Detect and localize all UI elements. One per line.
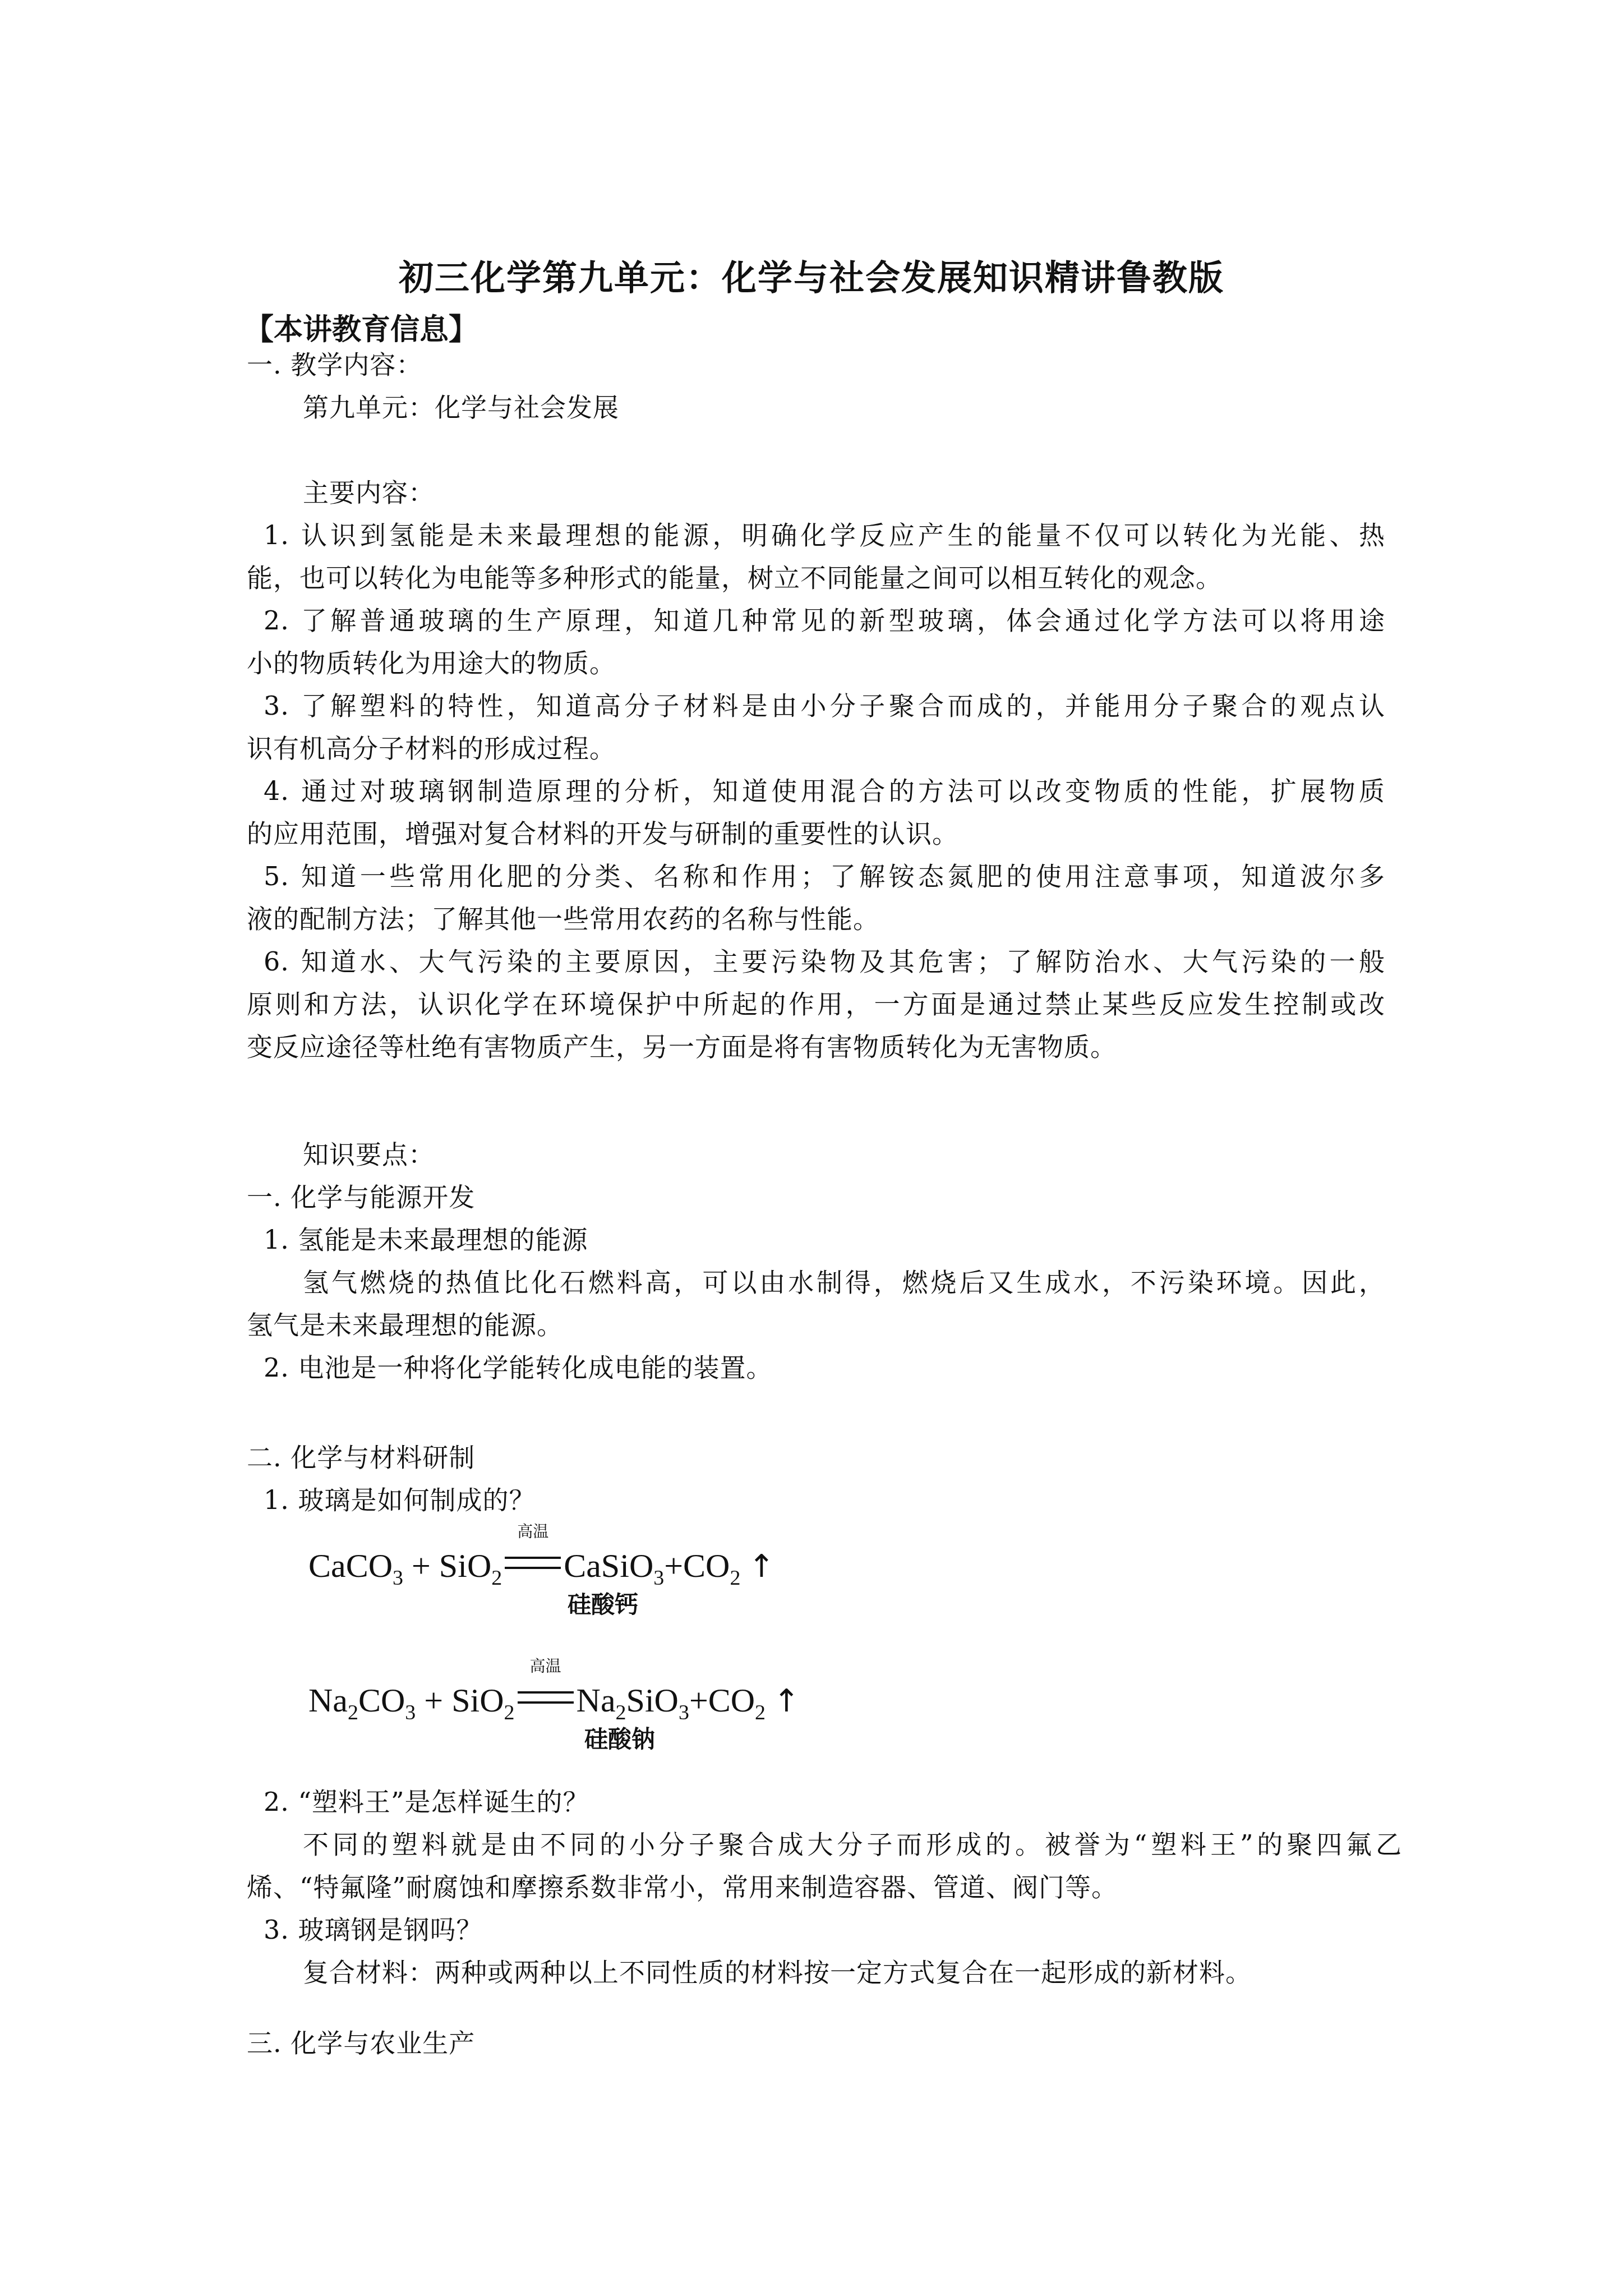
double-bar-icon [518,1691,574,1704]
main-item-4-line-1: 4. 通过对玻璃钢制造原理的分析，知道使用混合的方法可以改变物质的性能，扩展物质 [264,775,1385,807]
main-item-2-line-1: 2. 了解普通玻璃的生产原理，知道几种常见的新型玻璃，体会通过化学方法可以将用途 [264,605,1385,636]
info-heading: 【本讲教育信息】 [245,312,478,348]
main-item-1-line-1: 1. 认识到氢能是未来最理想的能源，明确化学反应产生的能量不仅可以转化为光能、热 [264,519,1385,551]
unit-name: 第九单元：化学与社会发展 [303,392,619,423]
eq2-reaction-sign: 高温 [515,1681,577,1720]
eq2-plus-2: + [689,1682,708,1719]
eq1-product-1-sub: 3 [653,1566,664,1590]
document-page: 初三化学第九单元：化学与社会发展知识精讲鲁教版 【本讲教育信息】 一. 教学内容… [0,0,1623,2296]
eq2-reactant-2: SiO [451,1682,504,1719]
eq1-plus-2: + [664,1547,683,1584]
main-item-1-line-2: 能，也可以转化为电能等多种形式的能量，树立不同能量之间可以相互转化的观念。 [247,562,1222,593]
eq2-condition: 高温 [515,1658,577,1675]
eq2-product-2: CO [708,1682,755,1719]
eq1-product-2-sub: 2 [730,1566,740,1590]
main-item-5-line-2: 液的配制方法；了解其他一些常用农药的名称与性能。 [247,903,879,935]
eq2-reactant-1a-sub: 2 [348,1701,358,1724]
eq1-reaction-sign: 高温 [502,1546,564,1585]
section-2-sub-2-text-line-2: 烯、“特氟隆”耐腐蚀和摩擦系数非常小，常用来制造容器、管道、阀门等。 [247,1871,1118,1903]
eq2-product-1a-sub: 2 [616,1701,626,1724]
equation-sodium-silicate: Na2CO3 + SiO2高温Na2SiO3+CO2↑ [308,1681,800,1732]
equation-calcium-silicate: CaCO3 + SiO2高温CaSiO3+CO2↑ [308,1546,774,1598]
double-bar-icon [505,1557,561,1569]
eq1-product-label: 硅酸钙 [568,1591,638,1619]
eq2-reactant-1: CO [358,1682,405,1719]
eq2-product-1a: Na [577,1682,616,1719]
section-1-sub-1-text-line-1: 氢气燃烧的热值比化石燃料高，可以由水制得，燃烧后又生成水，不污染环境。因此， [303,1267,1385,1298]
gas-up-arrow-icon: ↑ [773,1683,800,1719]
main-item-5-line-1: 5. 知道一些常用化肥的分类、名称和作用；了解铵态氮肥的使用注意事项，知道波尔多 [264,861,1385,892]
main-item-3-line-1: 3. 了解塑料的特性，知道高分子材料是由小分子聚合而成的，并能用分子聚合的观点认 [264,690,1385,721]
section-2-sub-2: 2. “塑料王”是怎样诞生的？ [264,1786,589,1818]
section-2-sub-2-text-line-1: 不同的塑料就是由不同的小分子聚合成大分子而形成的。被誉为“塑料王”的聚四氟乙 [303,1829,1402,1860]
section-2-sub-3-text: 复合材料：两种或两种以上不同性质的材料按一定方式复合在一起形成的新材料。 [303,1957,1252,1988]
eq1-reactant-1-sub: 3 [393,1566,403,1590]
eq2-product-label: 硅酸钠 [584,1726,655,1754]
eq2-reactant-2-sub: 2 [504,1701,515,1724]
eq1-product-2: CO [683,1547,730,1584]
eq2-product-1-sub: 3 [679,1701,689,1724]
gas-up-arrow-icon: ↑ [748,1548,774,1585]
eq1-plus-1: + [412,1547,431,1584]
eq2-product-2-sub: 2 [755,1701,766,1724]
section-1-heading: 一. 化学与能源开发 [247,1181,475,1213]
eq1-condition: 高温 [502,1524,564,1540]
key-points-heading: 知识要点： [303,1139,435,1170]
eq2-reactant-1-sub: 3 [405,1701,416,1724]
eq2-reactant-1a: Na [308,1682,348,1719]
section-2-sub-3: 3. 玻璃钢是钢吗？ [264,1914,483,1945]
main-item-6-line-3: 变反应途径等杜绝有害物质产生，另一方面是将有害物质转化为无害物质。 [247,1031,1117,1062]
main-item-6-line-2: 原则和方法，认识化学在环境保护中所起的作用，一方面是通过禁止某些反应发生控制或改 [247,988,1385,1020]
section-1-sub-1-text-line-2: 氢气是未来最理想的能源。 [247,1309,563,1341]
section-1-sub-2: 2. 电池是一种将化学能转化成电能的装置。 [264,1352,773,1383]
eq1-reactant-2-sub: 2 [491,1566,502,1590]
eq2-product-1: SiO [626,1682,679,1719]
main-item-3-line-2: 识有机高分子材料的形成过程。 [247,733,616,764]
eq1-product-1: CaSiO [564,1547,653,1584]
main-item-2-line-2: 小的物质转化为用途大的物质。 [247,647,616,679]
eq2-plus-1: + [424,1682,443,1719]
section-2-sub-1: 1. 玻璃是如何制成的？ [264,1484,536,1516]
document-title: 初三化学第九单元：化学与社会发展知识精讲鲁教版 [0,257,1623,300]
main-content-heading: 主要内容： [303,477,435,508]
eq1-reactant-1: CaCO [308,1547,393,1584]
main-item-6-line-1: 6. 知道水、大气污染的主要原因，主要污染物及其危害；了解防治水、大气污染的一般 [264,946,1385,977]
main-item-4-line-2: 的应用范围，增强对复合材料的开发与研制的重要性的认识。 [247,818,958,849]
section-3-heading: 三. 化学与农业生产 [247,2027,475,2059]
teaching-content-heading: 一. 教学内容： [247,349,422,380]
section-1-sub-1: 1. 氢能是未来最理想的能源 [264,1224,588,1255]
section-2-heading: 二. 化学与材料研制 [247,1442,475,1473]
eq1-reactant-2: SiO [439,1547,491,1584]
